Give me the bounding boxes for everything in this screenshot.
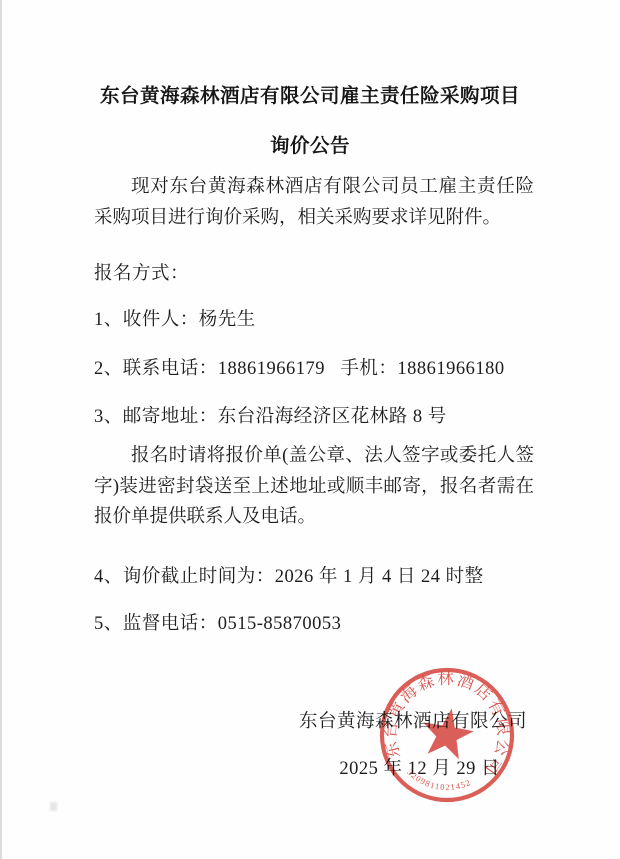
document-title: 东台黄海森林酒店有限公司雇主责任险采购项目	[0, 80, 620, 108]
seal-star-icon	[418, 704, 477, 761]
intro-paragraph: 现对东台黄海森林酒店有限公司员工雇主责任险采购项目进行询价采购，相关采购要求详见…	[94, 172, 534, 233]
list-item-deadline: 4、询价截止时间为：2026 年 1 月 4 日 24 时整	[94, 562, 484, 588]
scan-speck-artifact	[50, 802, 57, 811]
mailing-instructions-paragraph: 报名时请将报价单(盖公章、法人签字或委托人签字)装进密封袋送至上述地址或顺丰邮寄…	[94, 441, 534, 533]
list-item-supervision-phone: 5、监督电话：0515-85870053	[94, 609, 341, 635]
scanned-document-page: 东台黄海森林酒店有限公司雇主责任险采购项目 询价公告 现对东台黄海森林酒店有限公…	[0, 0, 620, 859]
document-subtitle: 询价公告	[0, 130, 620, 158]
list-item-phone: 2、联系电话：18861966179 手机：18861966180	[94, 354, 505, 380]
list-item-address: 3、邮寄地址：东台沿海经济区花林路 8 号	[94, 402, 447, 428]
list-item-recipient: 1、收件人：杨先生	[94, 305, 256, 331]
registration-method-label: 报名方式：	[94, 259, 189, 285]
scan-edge-artifact	[0, 0, 2, 859]
company-seal-stamp: 东台黄海森林酒店有限公司 3209811021452	[366, 654, 528, 816]
